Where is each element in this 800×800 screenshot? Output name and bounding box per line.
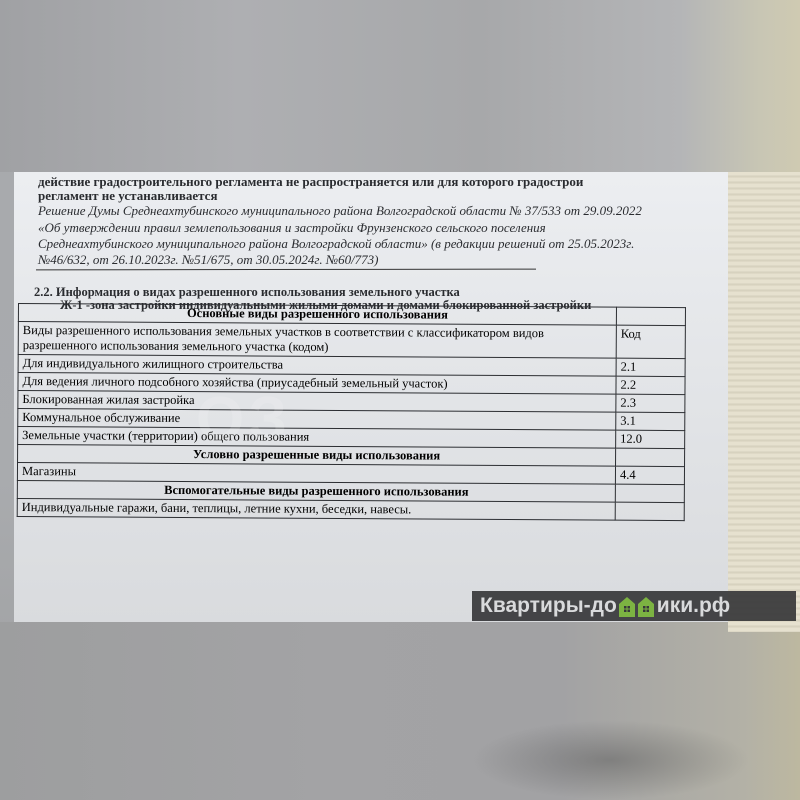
site-logo-watermark: Квартиры-до ики.рф (472, 591, 796, 621)
decision-line-4: №46/632, от 26.10.2023г. №51/675, от 30.… (38, 252, 379, 268)
use-code: 2.2 (616, 376, 685, 394)
wooden-surface (728, 172, 800, 632)
decision-line-1: Решение Думы Среднеахтубинского муниципа… (38, 203, 642, 219)
logo-text-start: Квартиры-до (480, 594, 617, 618)
use-code: 2.1 (616, 358, 685, 376)
table-row: Индивидуальные гаражи, бани, теплицы, ле… (17, 498, 684, 520)
divider-line (36, 269, 536, 271)
land-use-table: Основные виды разрешенного использования… (17, 303, 686, 521)
header-label: Виды разрешенного использования земельны… (18, 322, 616, 359)
decision-line-3: Среднеахтубинского муниципального района… (38, 236, 634, 252)
background-shadow (470, 720, 750, 800)
header-line-2: регламент не устанавливается (38, 188, 217, 204)
blurred-background-top (0, 0, 800, 172)
faint-watermark: ОЗ (196, 384, 291, 455)
use-code: 12.0 (616, 430, 685, 448)
use-code: 2.3 (616, 394, 685, 412)
use-code: 4.4 (615, 466, 684, 484)
header-code: Код (616, 325, 685, 358)
use-label: Индивидуальные гаражи, бани, теплицы, ле… (17, 498, 615, 520)
logo-text-end: ики.рф (657, 594, 730, 618)
table-header-row: Виды разрешенного использования земельны… (18, 322, 685, 359)
decision-line-2: «Об утверждении правил землепользования … (38, 220, 546, 236)
houses-icon (618, 595, 656, 617)
use-code (615, 502, 684, 520)
use-code: 3.1 (616, 412, 685, 430)
